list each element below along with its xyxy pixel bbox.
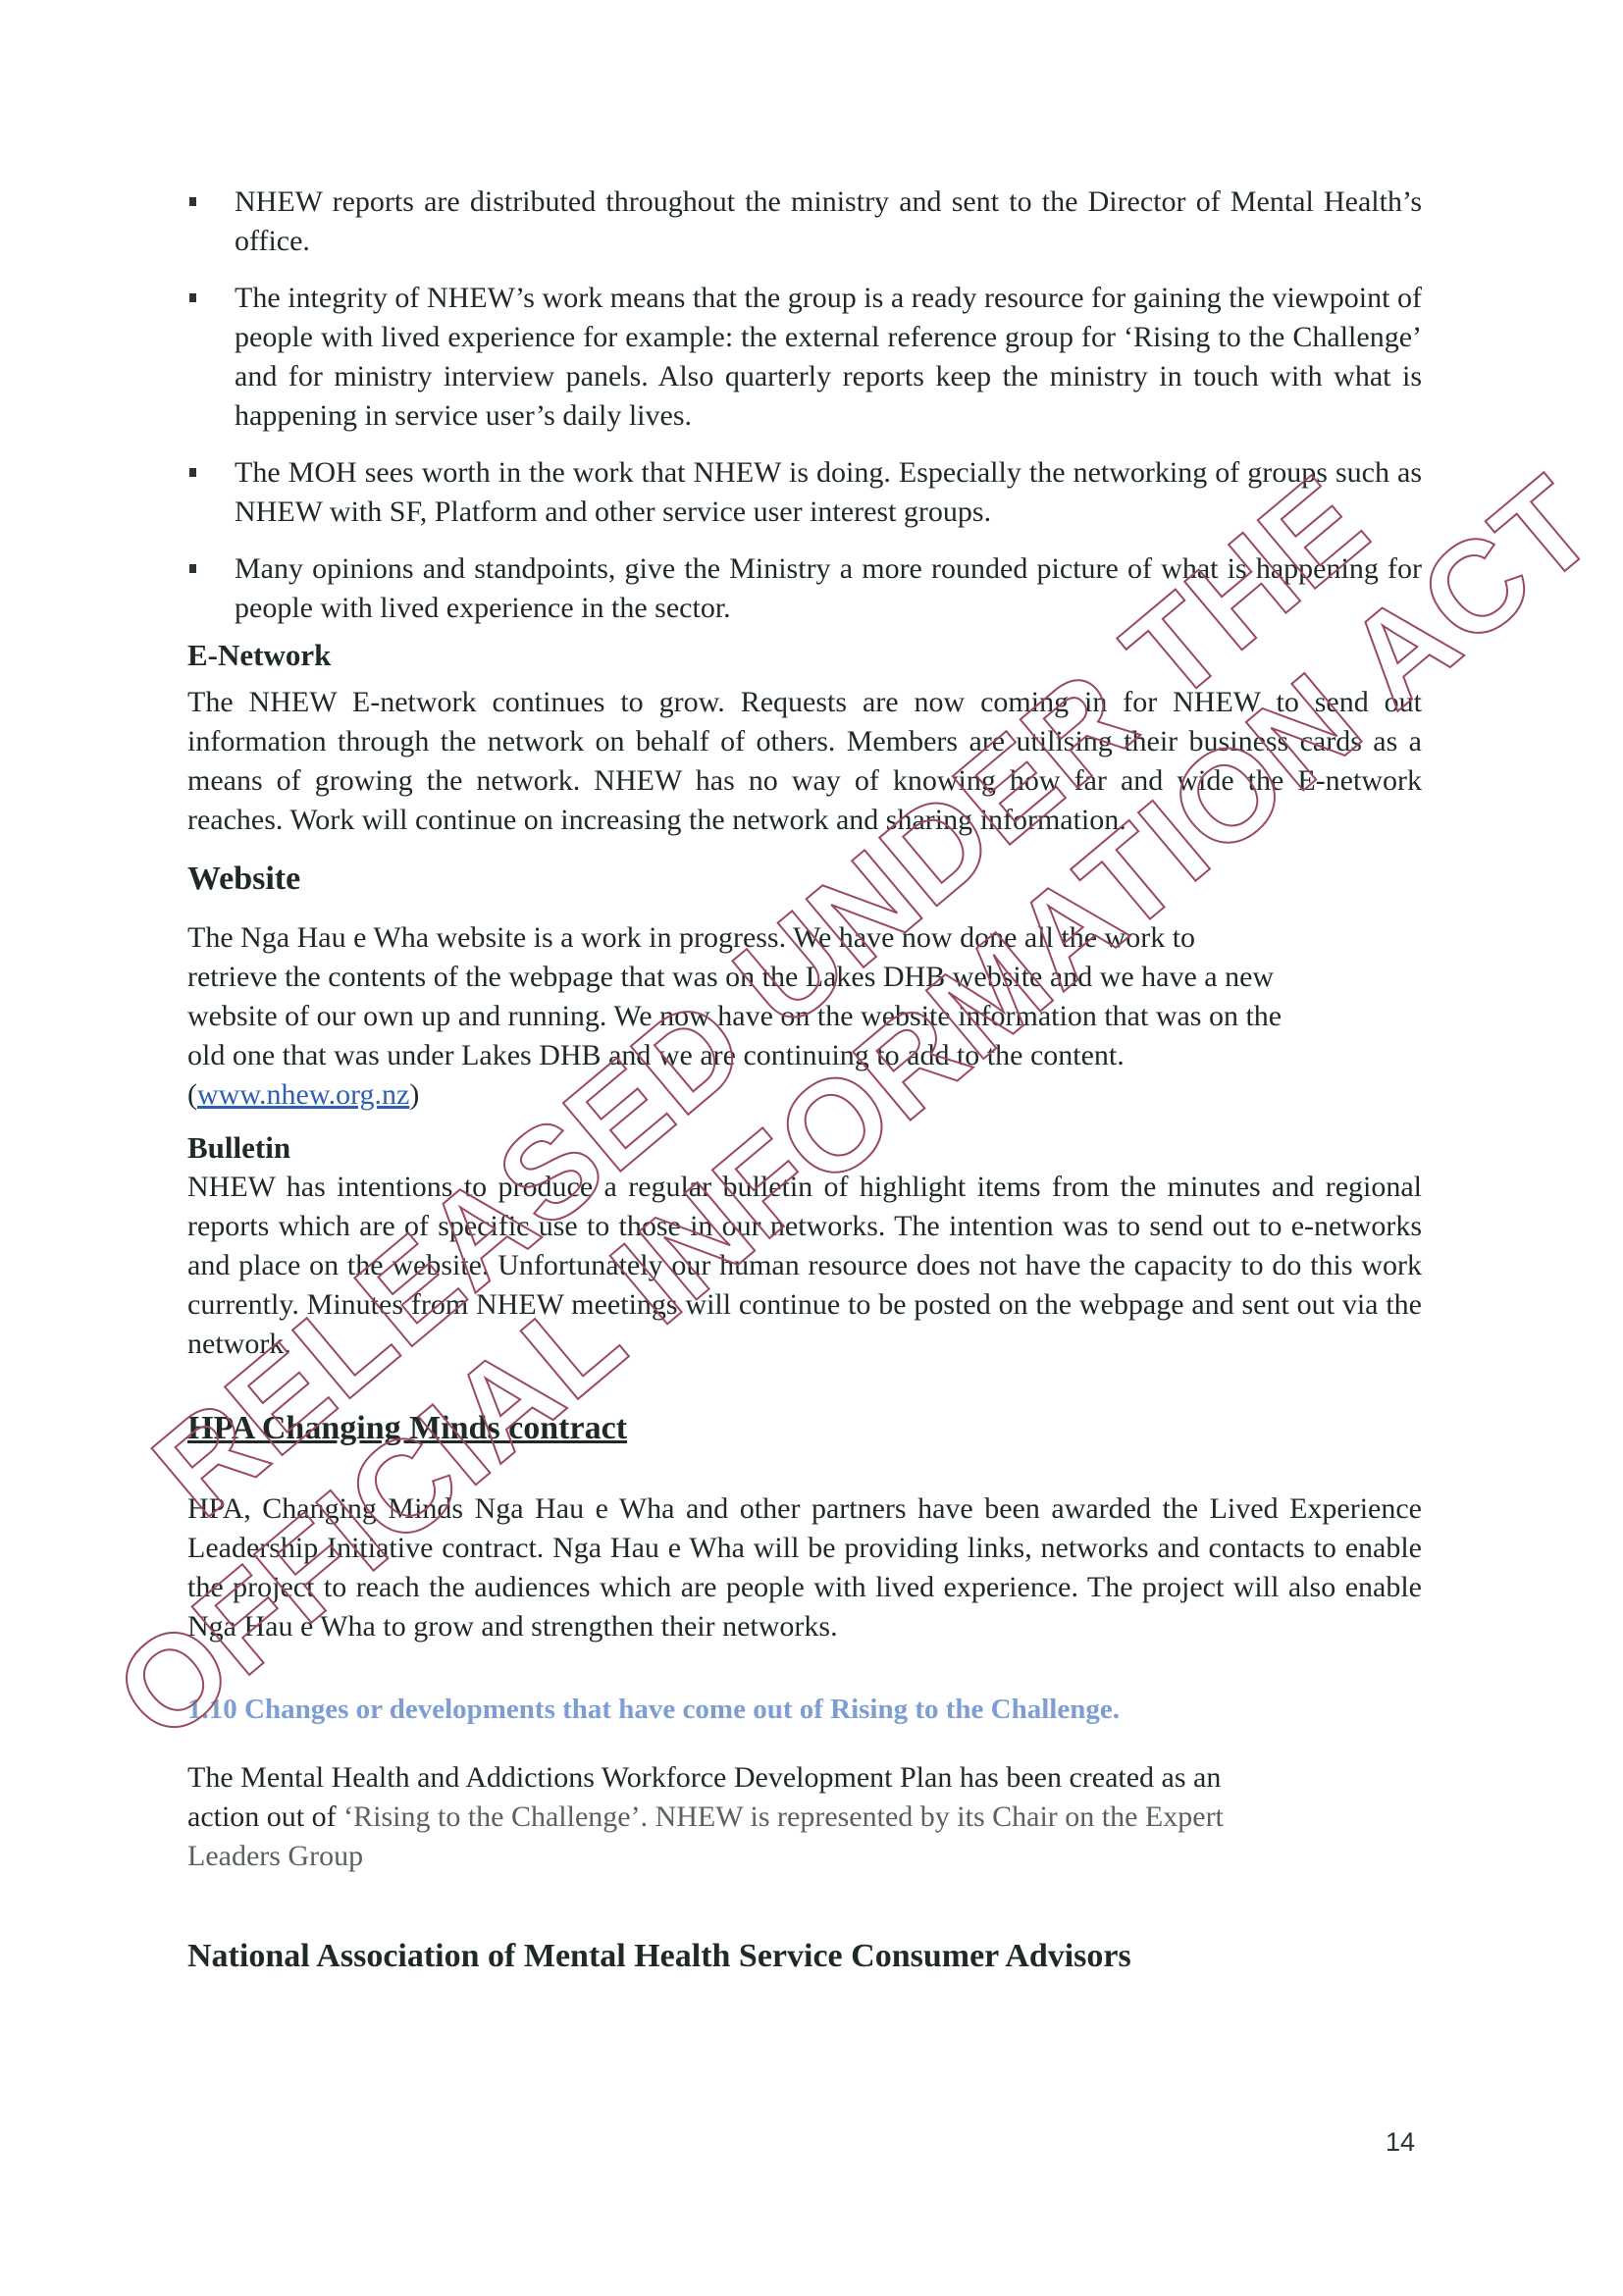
page-number: 14 <box>1386 2127 1415 2158</box>
section-text-dark: action out of <box>187 1800 343 1833</box>
enetwork-heading: E-Network <box>187 636 1422 675</box>
enetwork-body: The NHEW E-network continues to grow. Re… <box>187 683 1422 840</box>
paren-open: ( <box>187 1078 197 1111</box>
square-bullet-icon <box>189 468 196 477</box>
website-line: old one that was under Lakes DHB and we … <box>187 1036 1422 1075</box>
bullet-text: Many opinions and standpoints, give the … <box>235 552 1422 624</box>
bullet-item: The MOH sees worth in the work that NHEW… <box>187 453 1422 532</box>
bullet-text: The integrity of NHEW’s work means that … <box>235 282 1422 432</box>
paren-close: ) <box>409 1078 419 1111</box>
document-page: NHEW reports are distributed throughout … <box>0 0 1623 2296</box>
bullet-text: NHEW reports are distributed throughout … <box>235 185 1422 257</box>
website-line: website of our own up and running. We no… <box>187 997 1422 1036</box>
section-line: action out of ‘Rising to the Challenge’.… <box>187 1798 1422 1837</box>
hpa-body: HPA, Changing Minds Nga Hau e Wha and ot… <box>187 1489 1422 1646</box>
page-content: NHEW reports are distributed throughout … <box>187 183 1422 1978</box>
square-bullet-icon <box>189 293 196 302</box>
bullet-item: The integrity of NHEW’s work means that … <box>187 279 1422 436</box>
section-text-grey: ‘Rising to the Challenge’. NHEW is repre… <box>343 1800 1224 1833</box>
section-1-10-heading: 1.10 Changes or developments that have c… <box>187 1690 1422 1729</box>
section-line: The Mental Health and Addictions Workfor… <box>187 1758 1422 1798</box>
website-body: The Nga Hau e Wha website is a work in p… <box>187 918 1422 1115</box>
section-line: Leaders Group <box>187 1837 1422 1876</box>
square-bullet-icon <box>189 564 196 573</box>
section-1-10-body: The Mental Health and Addictions Workfor… <box>187 1758 1422 1876</box>
website-heading: Website <box>187 860 1422 899</box>
bullet-list: NHEW reports are distributed throughout … <box>187 183 1422 628</box>
bulletin-body: NHEW has intentions to produce a regular… <box>187 1168 1422 1364</box>
bullet-text: The MOH sees worth in the work that NHEW… <box>235 456 1422 528</box>
website-line: The Nga Hau e Wha website is a work in p… <box>187 918 1422 958</box>
bullet-item: Many opinions and standpoints, give the … <box>187 549 1422 628</box>
square-bullet-icon <box>189 197 196 206</box>
website-line: retrieve the contents of the webpage tha… <box>187 958 1422 997</box>
hpa-heading: HPA Changing Minds contract <box>187 1407 1422 1450</box>
website-link[interactable]: www.nhew.org.nz <box>197 1078 409 1111</box>
national-association-heading: National Association of Mental Health Se… <box>187 1935 1422 1978</box>
bulletin-heading: Bulletin <box>187 1128 1422 1168</box>
website-link-line: (www.nhew.org.nz) <box>187 1075 1422 1115</box>
bullet-item: NHEW reports are distributed throughout … <box>187 183 1422 261</box>
